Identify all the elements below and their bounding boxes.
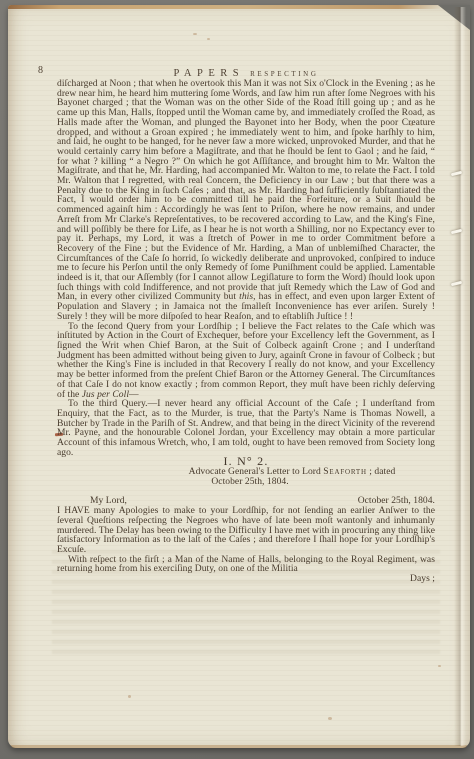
- foxing-spot: [193, 33, 197, 35]
- salutation: My Lord,: [57, 496, 127, 506]
- letter-paragraph-1: I HAVE many Apologies to make to your Lo…: [57, 506, 435, 555]
- foxing-spot: [128, 695, 131, 698]
- paragraph-second-query: To the ſecond Query from your Lordſhip ;…: [57, 322, 435, 400]
- running-head: 8 PAPERSRESPECTING: [57, 63, 435, 77]
- scan-background: 8 PAPERSRESPECTING diſcharged at Noon ; …: [0, 0, 474, 759]
- letter-text-block: diſcharged at Noon ; that when he overto…: [57, 79, 435, 584]
- foxing-spot: [438, 665, 441, 667]
- foxing-spot: [207, 38, 210, 40]
- paragraph-continuation: diſcharged at Noon ; that when he overto…: [57, 79, 435, 322]
- binding-crease: [454, 7, 466, 746]
- catchline: Days ;: [57, 574, 435, 584]
- page-top-edge: [8, 5, 442, 9]
- salutation-row: My Lord, October 25th, 1804.: [57, 496, 435, 506]
- dateline: October 25th, 1804.: [358, 496, 435, 506]
- letter-paragraph-2: With reſpect to the firſt ; a Man of the…: [57, 555, 435, 574]
- page-bottom-edge: [11, 745, 467, 748]
- running-title-sub: RESPECTING: [250, 70, 318, 78]
- paragraph-third-query: To the third Query.—I never heard any of…: [57, 399, 435, 457]
- section-caption-line-2: October 25th, 1804.: [57, 477, 435, 487]
- document-page: 8 PAPERSRESPECTING diſcharged at Noon ; …: [8, 5, 470, 748]
- foxing-spot: [328, 717, 332, 720]
- page-number: 8: [38, 65, 43, 76]
